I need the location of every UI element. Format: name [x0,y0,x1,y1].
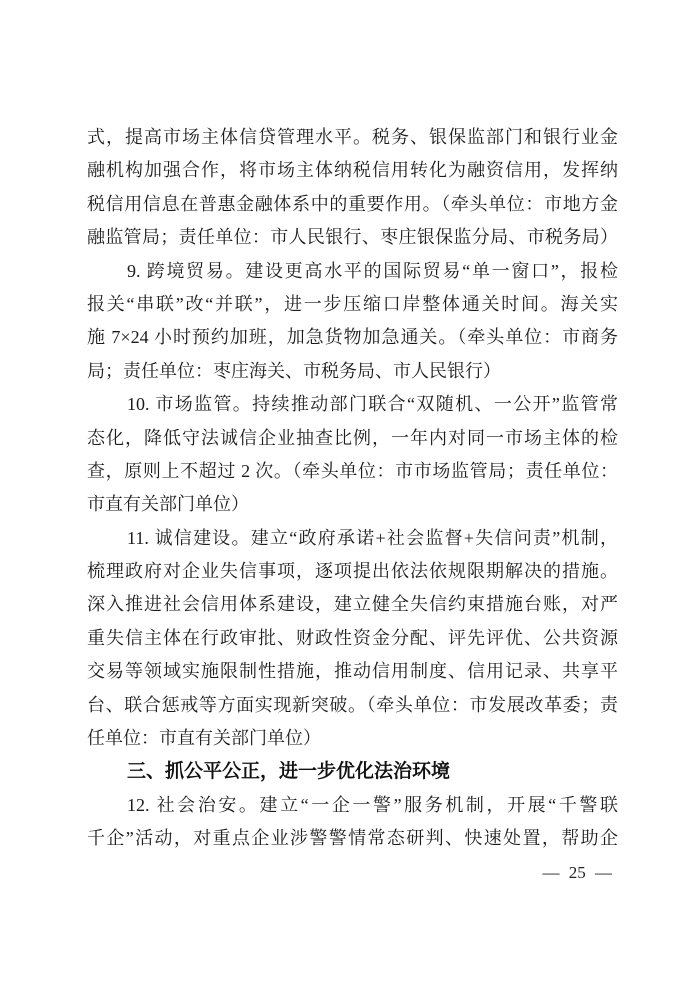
text-line: 报关“串联”改“并联”，进一步压缩口岸整体通关时间。海关实 [87,288,618,321]
document-body: 式，提高市场主体信贷管理水平。税务、银保监部门和银行业金 融机构加强合作，将市场… [87,121,618,856]
text-line: 局；责任单位：枣庄海关、市税务局、市人民银行） [87,355,618,388]
text-line-item-10-start: 10. 市场监管。持续推动部门联合“双随机、一公开”监管常 [87,388,618,421]
text-line-item-9-start: 9. 跨境贸易。建设更高水平的国际贸易“单一窗口”，报检 [87,255,618,288]
text-line: 税信用信息在普惠金融体系中的重要作用。（牵头单位：市地方金 [87,188,618,221]
text-line: 梳理政府对企业失信事项，逐项提出依法依规限期解决的措施。 [87,555,618,588]
text-line-item-11-start: 11. 诚信建设。建立“政府承诺+社会监督+失信问责”机制， [87,522,618,555]
text-line: 重失信主体在行政审批、财政性资金分配、评先评优、公共资源 [87,622,618,655]
text-line: 查，原则上不超过 2 次。（牵头单位：市市场监管局；责任单位： [87,455,618,488]
page-number: — 25 — [543,861,613,885]
text-line: 交易等领域实施限制性措施，推动信用制度、信用记录、共享平 [87,655,618,688]
text-line: 式，提高市场主体信贷管理水平。税务、银保监部门和银行业金 [87,121,618,154]
document-page: 式，提高市场主体信贷管理水平。税务、银保监部门和银行业金 融机构加强合作，将市场… [0,0,700,989]
text-line: 融监管局；责任单位：市人民银行、枣庄银保监分局、市税务局） [87,221,618,254]
text-line: 任单位：市直有关部门单位） [87,722,618,755]
text-line: 态化，降低守法诚信企业抽查比例，一年内对同一市场主体的检 [87,422,618,455]
text-line: 市直有关部门单位） [87,488,618,521]
section-heading: 三、抓公平公正，进一步优化法治环境 [87,755,618,788]
text-line: 台、联合惩戒等方面实现新突破。（牵头单位：市发展改革委；责 [87,689,618,722]
text-line: 千企”活动，对重点企业涉警警情常态研判、快速处置，帮助企 [87,822,618,855]
text-line: 施 7×24 小时预约加班，加急货物加急通关。（牵头单位：市商务 [87,321,618,354]
text-line: 融机构加强合作，将市场主体纳税信用转化为融资信用，发挥纳 [87,154,618,187]
text-line-item-12-start: 12. 社会治安。建立“一企一警”服务机制，开展“千警联 [87,789,618,822]
text-line: 深入推进社会信用体系建设，建立健全失信约束措施台账，对严 [87,588,618,621]
